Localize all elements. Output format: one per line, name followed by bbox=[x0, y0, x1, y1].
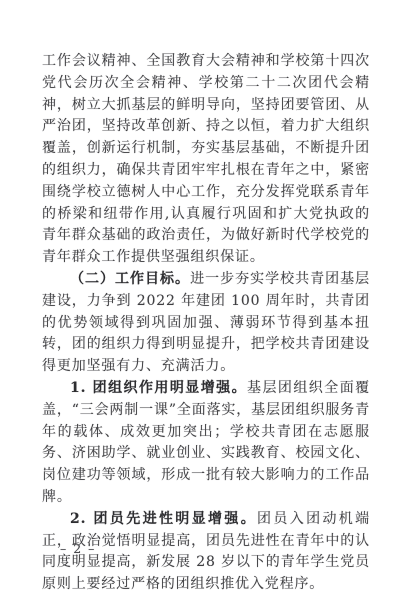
page-number: – 2 – bbox=[60, 541, 96, 556]
paragraph-lead: 2. 团员先进性明显增强。 bbox=[70, 511, 257, 527]
paragraph-lead: （二）工作目标。 bbox=[70, 271, 190, 287]
document-page: 工作会议精神、全国教育大会精神和学校第十四次党代会历次全会精神、学校第二十二次团… bbox=[0, 0, 420, 600]
paragraph-item-1: 1. 团组织作用明显增强。基层团组织全面覆盖，“三会两制一课”全面落实，基层团组… bbox=[42, 378, 370, 509]
page-body: 工作会议精神、全国教育大会精神和学校第十四次党代会历次全会精神、学校第二十二次团… bbox=[42, 51, 370, 596]
paragraph-text: 工作会议精神、全国教育大会精神和学校第十四次党代会历次全会精神、学校第二十二次团… bbox=[42, 53, 370, 265]
paragraph-work-goals: （二）工作目标。进一步夯实学校共青团基层建设，力争到 2022 年建团 100 … bbox=[42, 269, 370, 378]
paragraph-lead: 1. 团组织作用明显增强。 bbox=[70, 380, 247, 396]
paragraph-text: 基层团组织全面覆盖，“三会两制一课”全面落实，基层团组织服务青年的载体、成效更加… bbox=[42, 380, 370, 505]
paragraph-continuation: 工作会议精神、全国教育大会精神和学校第十四次党代会历次全会精神、学校第二十二次团… bbox=[42, 51, 370, 269]
